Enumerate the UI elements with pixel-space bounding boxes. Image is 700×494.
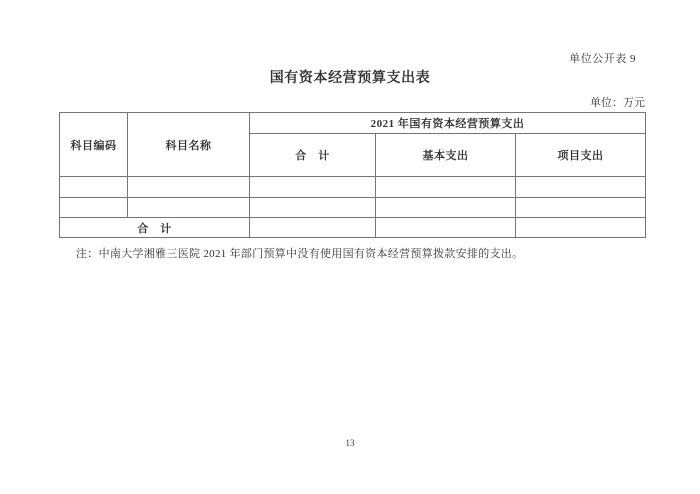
cell-code: [60, 198, 128, 218]
header-total: 合 计: [250, 134, 376, 177]
footer-total-cell: [250, 218, 376, 238]
doc-disclosure-label: 单位公开表 9: [569, 50, 636, 66]
footer-project-cell: [516, 218, 646, 238]
cell-basic: [376, 177, 516, 198]
header-subject-code: 科目编码: [60, 113, 128, 177]
cell-basic: [376, 198, 516, 218]
page-title: 国有资本经营预算支出表: [0, 71, 700, 87]
cell-code: [60, 177, 128, 198]
table-row: [60, 198, 646, 218]
footer-basic-cell: [376, 218, 516, 238]
cell-project: [516, 177, 646, 198]
cell-total: [250, 198, 376, 218]
table-header-row-1: 科目编码 科目名称 2021 年国有资本经营预算支出: [60, 113, 646, 134]
footer-total-label: 合 计: [60, 218, 250, 238]
page-number: 13: [0, 438, 700, 448]
cell-name: [128, 198, 250, 218]
budget-table: 科目编码 科目名称 2021 年国有资本经营预算支出 合 计 基本支出 项目支出: [59, 112, 646, 238]
cell-project: [516, 198, 646, 218]
cell-name: [128, 177, 250, 198]
table-footer-row: 合 计: [60, 218, 646, 238]
header-group-title: 2021 年国有资本经营预算支出: [250, 113, 646, 134]
document-page: 单位公开表 9 国有资本经营预算支出表 单位：万元 科目编码 科目名称 2021…: [0, 0, 700, 494]
header-project-expenditure: 项目支出: [516, 134, 646, 177]
header-subject-name: 科目名称: [128, 113, 250, 177]
header-basic-expenditure: 基本支出: [376, 134, 516, 177]
table-row: [60, 177, 646, 198]
cell-total: [250, 177, 376, 198]
footnote: 注：中南大学湘雅三医院 2021 年部门预算中没有使用国有资本经营预算拨款安排的…: [76, 245, 523, 261]
unit-label: 单位：万元: [590, 94, 645, 110]
